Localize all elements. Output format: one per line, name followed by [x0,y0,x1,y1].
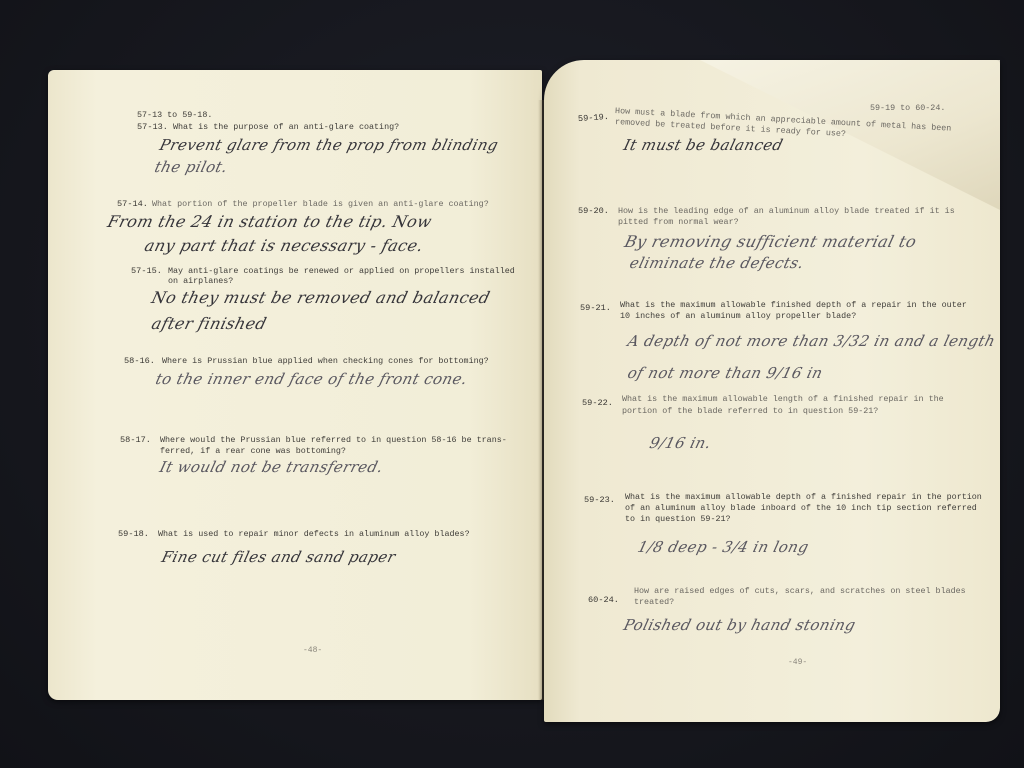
question-text: treated? [634,597,674,608]
question-text: to in question 59-21? [625,514,731,525]
question-number: 60-24. [588,595,619,605]
handwritten-answer: Polished out by hand stoning [622,616,858,634]
question-text: Where is Prussian blue applied when chec… [162,356,489,367]
handwritten-answer: any part that is necessary - face. [143,236,426,255]
question-text: What is the purpose of an anti-glare coa… [173,122,399,133]
handwritten-answer: No they must be removed and balanced [150,288,493,307]
question-number: 59-20. [578,206,609,216]
question-text: What is the maximum allowable length of … [622,394,944,405]
question-text: ferred, if a rear cone was bottoming? [160,446,346,457]
handwritten-answer: after finished [150,314,269,333]
question-text: of an aluminum alloy blade inboard of th… [625,503,977,514]
question-text: How are raised edges of cuts, scars, and… [634,586,966,597]
handwritten-answer: Fine cut files and sand paper [160,548,398,566]
question-text: What is the maximum allowable finished d… [620,300,967,311]
question-number: 58-16. [124,356,155,366]
handwritten-answer: It must be balanced [622,136,785,154]
question-number: 57-14. [117,199,148,209]
question-number: 58-17. [120,435,151,445]
question-text: How is the leading edge of an aluminum a… [618,206,955,217]
question-number: 59-19. [578,112,610,124]
page-number: -48- [303,646,322,655]
question-number: 59-21. [580,303,611,313]
handwritten-answer: 1/8 deep - 3/4 in long [636,538,811,556]
question-number: 57-13. [137,122,168,132]
handwritten-answer: to the inner end face of the front cone. [154,370,470,388]
question-text: What portion of the propeller blade is g… [152,199,489,210]
handwritten-answer: A depth of not more than 3/32 in and a l… [626,332,998,350]
question-text: 10 inches of an aluminum alloy propeller… [620,311,856,322]
handwritten-answer: By removing sufficient material to [623,232,919,251]
question-number: 59-23. [584,495,615,505]
handwritten-answer: eliminate the defects. [628,254,806,272]
question-text: portion of the blade referred to in ques… [622,406,878,417]
question-text: pitted from normal wear? [618,217,739,228]
left-page-header: 57-13 to 59-18. [137,110,212,121]
page-number: -49- [788,658,807,667]
right-page-header: 59-19 to 60-24. [870,103,945,114]
question-text: Where would the Prussian blue referred t… [160,435,507,446]
question-number: 57-15. [131,266,162,276]
handwritten-answer: 9/16 in. [648,434,713,452]
question-text: on airplanes? [168,276,233,287]
handwritten-answer: From the 24 in station to the tip. Now [106,212,434,231]
question-number: 59-18. [118,529,149,539]
handwritten-answer: the pilot. [153,158,230,176]
question-text: What is the maximum allowable depth of a… [625,492,982,503]
handwritten-answer: It would not be transferred. [158,458,385,476]
question-text: What is used to repair minor defects in … [158,529,470,540]
handwritten-answer: of not more than 9/16 in [626,364,825,382]
handwritten-answer: Prevent glare from the prop from blindin… [158,136,501,154]
question-number: 59-22. [582,398,613,408]
